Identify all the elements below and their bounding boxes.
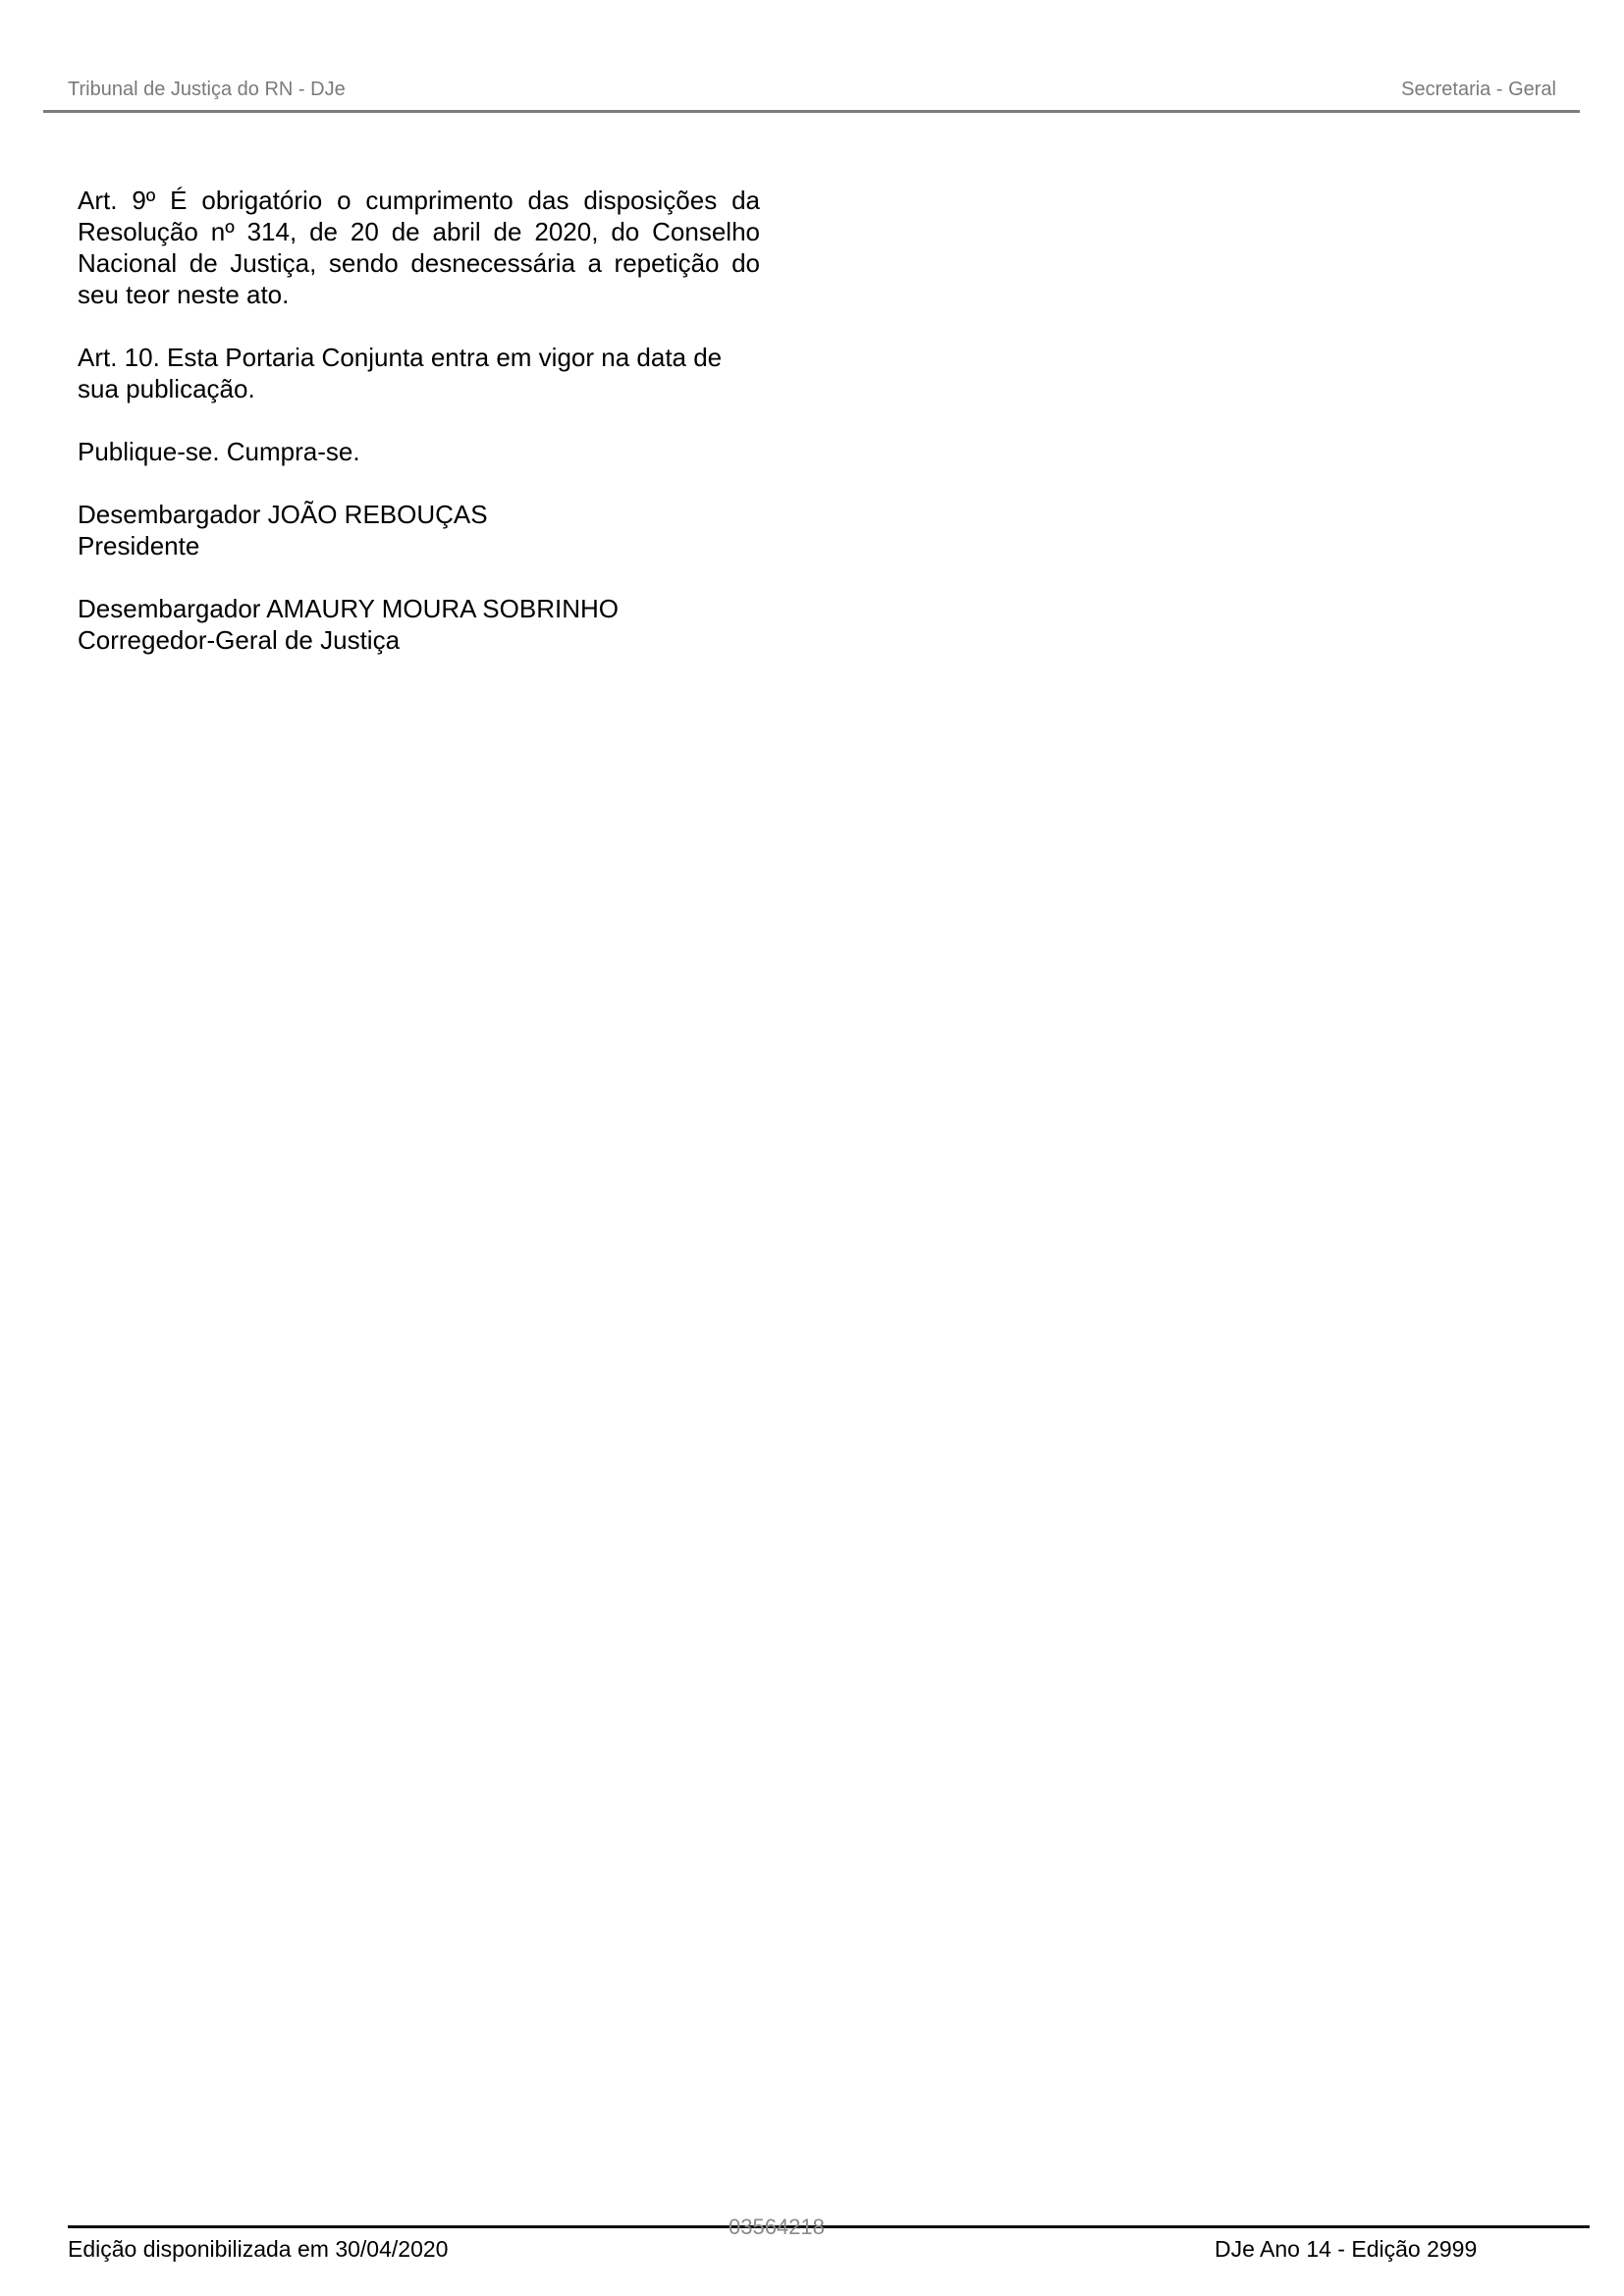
signatory-name: Desembargador JOÃO REBOUÇAS [78, 499, 760, 530]
footer-divider [68, 2225, 1590, 2228]
document-body: Art. 9º É obrigatório o cumprimento das … [78, 185, 760, 687]
article-9-paragraph: Art. 9º É obrigatório o cumprimento das … [78, 185, 760, 310]
header-divider [43, 110, 1580, 113]
signatory-role: Corregedor-Geral de Justiça [78, 624, 760, 656]
footer-edition-number: DJe Ano 14 - Edição 2999 [1215, 2235, 1477, 2263]
header-publication-title: Tribunal de Justiça do RN - DJe [68, 78, 346, 101]
closing-paragraph: Publique-se. Cumpra-se. [78, 436, 760, 467]
signature-block-president: Desembargador JOÃO REBOUÇAS Presidente [78, 499, 760, 561]
article-10-paragraph: Art. 10. Esta Portaria Conjunta entra em… [78, 342, 760, 404]
footer-edition-date: Edição disponibilizada em 30/04/2020 [68, 2235, 448, 2263]
signatory-name: Desembargador AMAURY MOURA SOBRINHO [78, 593, 760, 624]
footer-document-id: 03564218 [729, 2215, 825, 2240]
signature-block-corregedor: Desembargador AMAURY MOURA SOBRINHO Corr… [78, 593, 760, 656]
header-section-name: Secretaria - Geral [1401, 78, 1556, 101]
signatory-role: Presidente [78, 530, 760, 561]
